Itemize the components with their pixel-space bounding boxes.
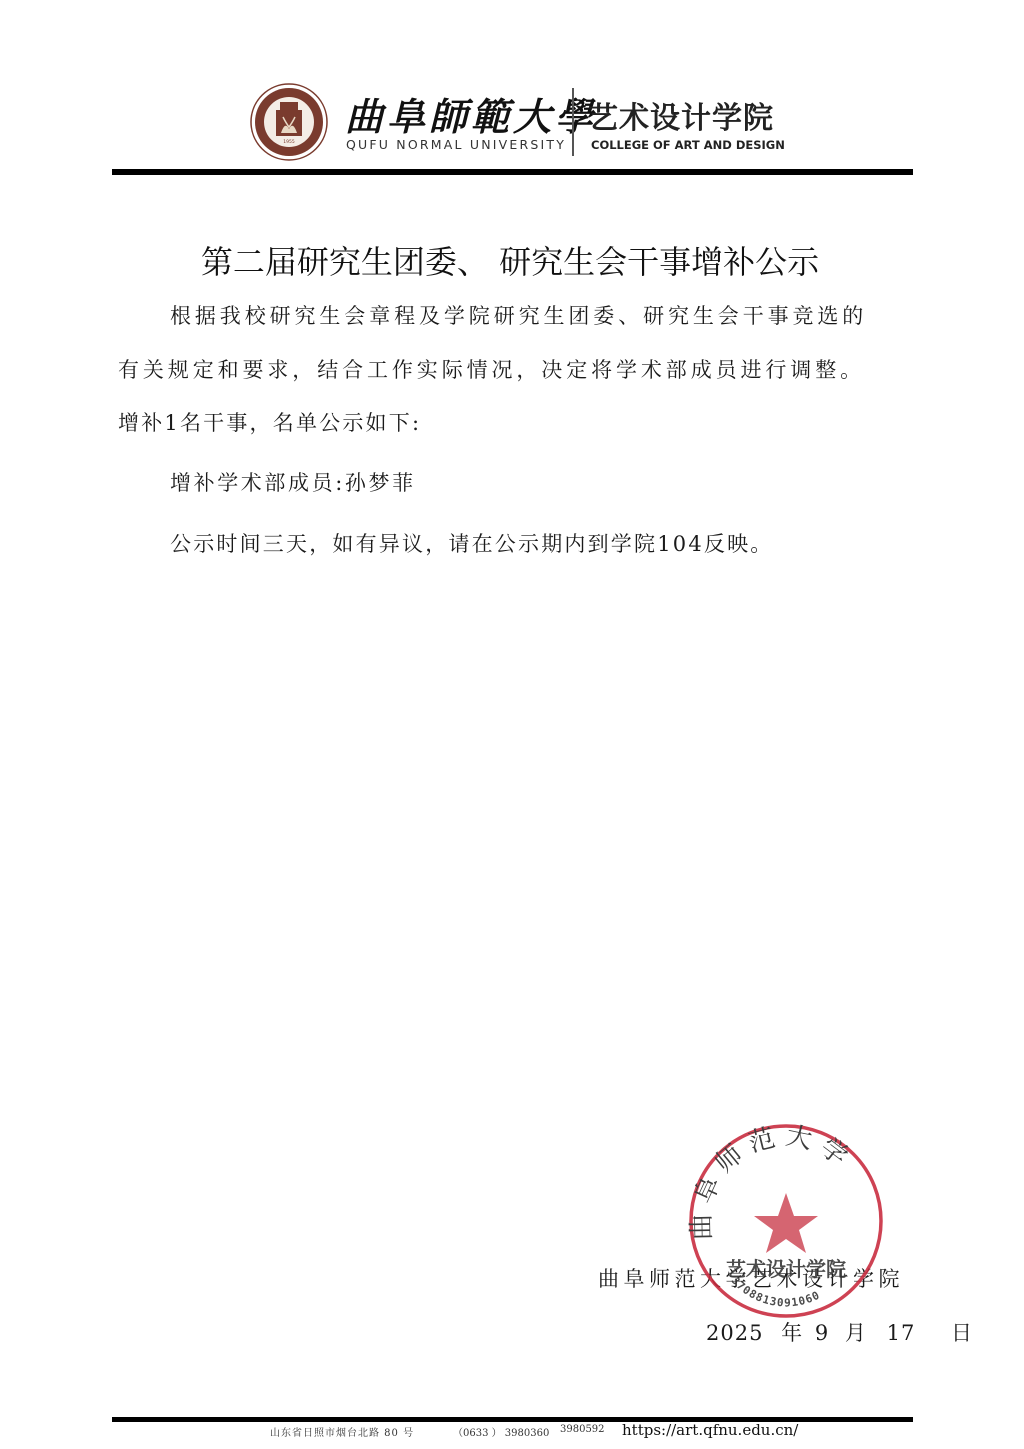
- body-paragraph-2: 有关规定和要求，结合工作实际情况，决定将学术部成员进行调整。: [118, 354, 865, 384]
- document-title-text: 第二届研究生团委、 研究生会干事增补公示: [201, 237, 819, 283]
- date-month-unit: 月: [845, 1317, 867, 1347]
- university-seal-logo: 1955: [250, 83, 328, 161]
- star-icon: [754, 1193, 818, 1253]
- notice-period-line: 公示时间三天，如有异议，请在公示期内到学院104反映。: [170, 528, 773, 558]
- footer-website-link[interactable]: https://art.qfnu.edu.cn/: [622, 1421, 798, 1439]
- college-name-cn: 艺术设计学院: [588, 93, 774, 137]
- document-title: 第二届研究生团委、 研究生会干事增补公示: [0, 237, 1024, 283]
- new-member-line: 增补学术部成员:孙梦菲: [170, 467, 416, 497]
- footer-phone-1: （0633 ） 3980360: [453, 1424, 549, 1439]
- footer-address: 山东省日照市烟台北路 80 号: [270, 1424, 414, 1439]
- college-name-en: COLLEGE OF ART AND DESIGN: [591, 138, 785, 152]
- date-day: 17: [887, 1321, 916, 1345]
- university-name-cn: 曲阜師範大學: [345, 86, 597, 141]
- footer-phone-2: 3980592: [560, 1424, 605, 1435]
- body-paragraph-3: 增补1名干事，名单公示如下:: [118, 407, 421, 437]
- date-day-unit: 日: [951, 1317, 973, 1347]
- date-month: 9: [815, 1321, 829, 1345]
- letterhead-divider: [572, 88, 574, 156]
- signature-date: 2025 年 9 月 17 日: [706, 1317, 973, 1347]
- university-name-en: QUFU NORMAL UNIVERSITY: [346, 137, 566, 152]
- official-stamp: 曲阜师范大学 艺术设计学院 3708813091060: [686, 1121, 886, 1321]
- svg-text:艺术设计学院: 艺术设计学院: [726, 1257, 846, 1281]
- date-year: 2025: [706, 1321, 763, 1345]
- date-year-unit: 年: [781, 1317, 803, 1347]
- svg-text:1955: 1955: [283, 139, 295, 145]
- body-paragraph-1: 根据我校研究生会章程及学院研究生团委、研究生会干事竞选的: [170, 300, 867, 330]
- header-rule: [112, 169, 913, 175]
